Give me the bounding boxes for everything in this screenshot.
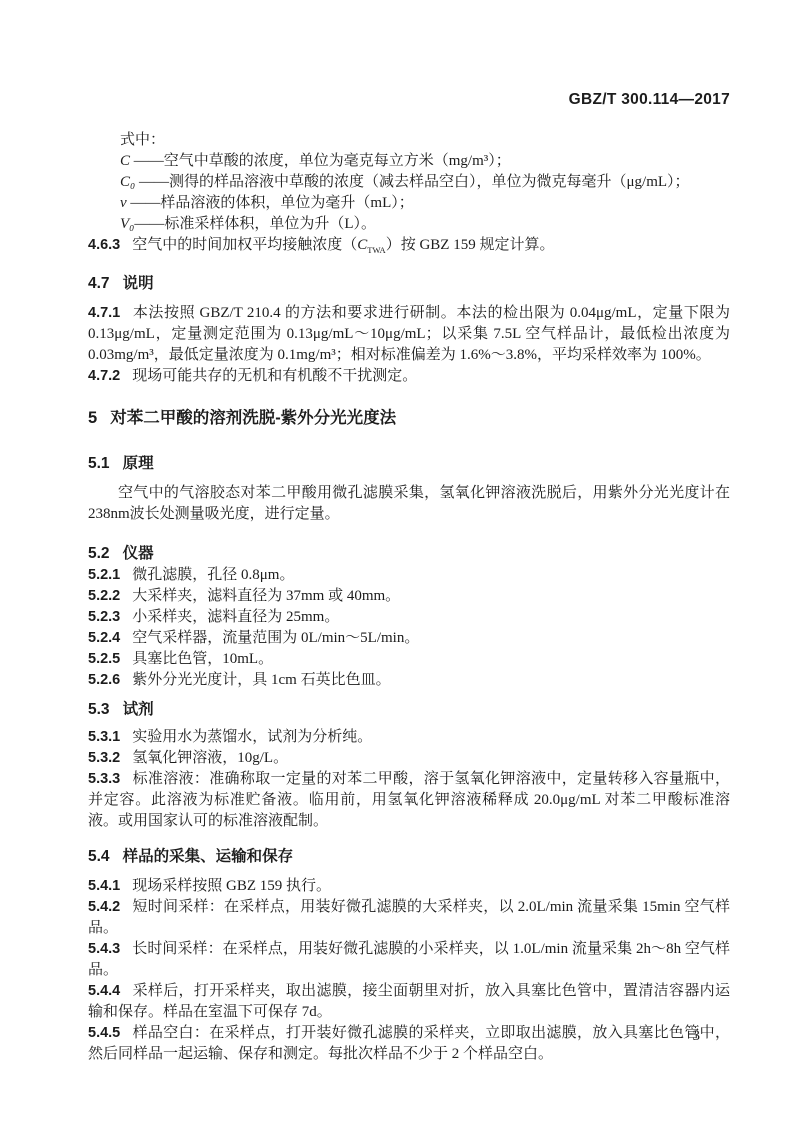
clause-text: 短时间采样：在采样点，用装好微孔滤膜的大采样夹，以 2.0L/min 流量采集 … [88, 899, 730, 936]
sampling-list: 5.4.1现场采样按照 GBZ 159 执行。 5.4.2短时间采样：在采样点，… [88, 876, 730, 1065]
standard-number: GBZ/T 300.114—2017 [569, 91, 730, 108]
formula-definition-c0: C₀ ——测得的样品溶液中草酸的浓度（减去样品空白），单位为微克每毫升（μg/m… [120, 172, 730, 193]
clause-4-6-3: 4.6.3空气中的时间加权平均接触浓度（CTWA）按 GBZ 159 规定计算。 [88, 235, 730, 261]
clause-number: 5.2.1 [88, 567, 120, 583]
heading-label: 样品的采集、运输和保存 [123, 848, 294, 865]
clause-text: 现场采样按照 GBZ 159 执行。 [132, 878, 331, 894]
clause-text: 紫外分光光度计，具 1cm 石英比色皿。 [132, 672, 390, 688]
clause-number: 5.2.4 [88, 630, 120, 646]
clause-5-4-2: 5.4.2短时间采样：在采样点，用装好微孔滤膜的大采样夹，以 2.0L/min … [88, 897, 730, 939]
clause-number: 5.2.6 [88, 672, 120, 688]
formula-definition-v: v ——样品溶液的体积，单位为毫升（mL）； [120, 193, 730, 214]
clause-number: 5.4.3 [88, 941, 120, 957]
clause-text: 样品空白：在采样点，打开装好微孔滤膜的采样夹，立即取出滤膜，放入具塞比色管中，然… [88, 1025, 730, 1062]
definition-text: ——空气中草酸的浓度，单位为毫克每立方米（mg/m³）； [130, 153, 511, 169]
section-heading-5-3: 5.3试剂 [88, 699, 730, 721]
section-heading-5-4: 5.4样品的采集、运输和保存 [88, 846, 730, 868]
clause-number: 5.3.1 [88, 729, 120, 745]
formula-definition-c: C ——空气中草酸的浓度，单位为毫克每立方米（mg/m³）； [120, 151, 730, 172]
clause-5-3-3: 5.3.3标准溶液：准确称取一定量的对苯二甲酸，溶于氢氧化钾溶液中，定量转移入容… [88, 769, 730, 832]
clause-number: 5.3.3 [88, 771, 120, 787]
clause-5-3-1: 5.3.1实验用水为蒸馏水，试剂为分析纯。 [88, 727, 730, 748]
heading-label: 仪器 [123, 545, 154, 562]
symbol-c0: C₀ [120, 174, 135, 190]
clause-text: 采样后，打开采样夹，取出滤膜，接尘面朝里对折，放入具塞比色管中，置清洁容器内运输… [88, 983, 730, 1020]
clause-5-4-1: 5.4.1现场采样按照 GBZ 159 执行。 [88, 876, 730, 897]
definition-text: ——测得的样品溶液中草酸的浓度（减去样品空白），单位为微克每毫升（μg/mL）； [135, 174, 689, 190]
heading-number: 5.3 [88, 701, 110, 718]
clause-text: 本法按照 GBZ/T 210.4 的方法和要求进行研制。本法的检出限为 0.04… [88, 305, 730, 363]
clause-4-7-2: 4.7.2现场可能共存的无机和有机酸不干扰测定。 [88, 366, 730, 387]
heading-label: 说明 [123, 275, 154, 292]
clause-number: 5.3.2 [88, 750, 120, 766]
definition-text: ——样品溶液的体积，单位为毫升（mL）； [127, 195, 414, 211]
clause-5-4-4: 5.4.4采样后，打开采样夹，取出滤膜，接尘面朝里对折，放入具塞比色管中，置清洁… [88, 981, 730, 1023]
clause-number: 5.2.3 [88, 609, 120, 625]
symbol-v0: V₀ [120, 216, 134, 232]
symbol-c: C [120, 153, 130, 169]
reagent-list: 5.3.1实验用水为蒸馏水，试剂为分析纯。 5.3.2氢氧化钾溶液，10g/L。… [88, 727, 730, 832]
clause-text: 空气采样器，流量范围为 0L/min～5L/min。 [132, 630, 419, 646]
clause-number: 5.4.4 [88, 983, 120, 999]
symbol-ctwa-subscript: TWA [367, 245, 385, 255]
clause-text: 长时间采样：在采样点，用装好微孔滤膜的小采样夹，以 1.0L/min 流量采集 … [88, 941, 730, 978]
principle-paragraph: 空气中的气溶胶态对苯二甲酸用微孔滤膜采集，氢氧化钾溶液洗脱后，用紫外分光光度计在… [88, 483, 730, 525]
page-number: 3 [693, 1026, 701, 1047]
heading-number: 5.1 [88, 455, 110, 472]
clause-number: 5.4.5 [88, 1025, 120, 1041]
clause-text: 微孔滤膜，孔径 0.8μm。 [132, 567, 294, 583]
clause-text-post: ）按 GBZ 159 规定计算。 [386, 237, 555, 253]
clause-text: 标准溶液：准确称取一定量的对苯二甲酸，溶于氢氧化钾溶液中，定量转移入容量瓶中，并… [88, 771, 730, 829]
clause-5-4-3: 5.4.3长时间采样：在采样点，用装好微孔滤膜的小采样夹，以 1.0L/min … [88, 939, 730, 981]
clause-text-pre: 空气中的时间加权平均接触浓度（ [132, 237, 357, 253]
document-header: GBZ/T 300.114—2017 [88, 90, 730, 110]
symbol-ctwa: C [357, 237, 367, 253]
heading-label: 试剂 [123, 701, 154, 718]
clause-text: 现场可能共存的无机和有机酸不干扰测定。 [132, 368, 417, 384]
instrument-list: 5.2.1微孔滤膜，孔径 0.8μm。 5.2.2大采样夹，滤料直径为 37mm… [88, 565, 730, 691]
heading-number: 4.7 [88, 275, 110, 292]
clause-number: 4.7.2 [88, 368, 120, 384]
clause-text: 大采样夹，滤料直径为 37mm 或 40mm。 [132, 588, 400, 604]
clause-5-2-5: 5.2.5具塞比色管，10mL。 [88, 649, 730, 670]
clause-number: 5.2.5 [88, 651, 120, 667]
clause-5-2-2: 5.2.2大采样夹，滤料直径为 37mm 或 40mm。 [88, 586, 730, 607]
heading-label: 原理 [123, 455, 154, 472]
section-heading-4-7: 4.7说明 [88, 273, 730, 295]
clause-number: 5.4.2 [88, 899, 120, 915]
clause-number: 4.7.1 [88, 305, 120, 321]
heading-number: 5.4 [88, 848, 110, 865]
heading-number: 5.2 [88, 545, 110, 562]
formula-definitions: C ——空气中草酸的浓度，单位为毫克每立方米（mg/m³）； C₀ ——测得的样… [88, 151, 730, 235]
heading-number: 5 [88, 409, 97, 427]
formula-definition-v0: V₀——标准采样体积，单位为升（L）。 [120, 214, 730, 235]
section-heading-5: 5对苯二甲酸的溶剂洗脱-紫外分光光度法 [88, 407, 730, 429]
clause-number: 4.6.3 [88, 237, 120, 253]
section-heading-5-2: 5.2仪器 [88, 543, 730, 565]
clause-5-3-2: 5.3.2氢氧化钾溶液，10g/L。 [88, 748, 730, 769]
formula-intro: 式中： [120, 130, 730, 151]
clause-text: 实验用水为蒸馏水，试剂为分析纯。 [132, 729, 372, 745]
clause-text: 小采样夹，滤料直径为 25mm。 [132, 609, 339, 625]
clause-number: 5.4.1 [88, 878, 120, 894]
clause-5-4-5: 5.4.5样品空白：在采样点，打开装好微孔滤膜的采样夹，立即取出滤膜，放入具塞比… [88, 1023, 730, 1065]
clause-5-2-1: 5.2.1微孔滤膜，孔径 0.8μm。 [88, 565, 730, 586]
document-page: GBZ/T 300.114—2017 式中： C ——空气中草酸的浓度，单位为毫… [0, 0, 793, 1122]
clause-number: 5.2.2 [88, 588, 120, 604]
clause-text: 氢氧化钾溶液，10g/L。 [132, 750, 288, 766]
symbol-v: v [120, 195, 127, 211]
clause-5-2-3: 5.2.3小采样夹，滤料直径为 25mm。 [88, 607, 730, 628]
clause-5-2-6: 5.2.6紫外分光光度计，具 1cm 石英比色皿。 [88, 670, 730, 691]
heading-label: 对苯二甲酸的溶剂洗脱-紫外分光光度法 [110, 409, 396, 427]
clause-5-2-4: 5.2.4空气采样器，流量范围为 0L/min～5L/min。 [88, 628, 730, 649]
definition-text: ——标准采样体积，单位为升（L）。 [134, 216, 376, 232]
clause-4-7-1: 4.7.1本法按照 GBZ/T 210.4 的方法和要求进行研制。本法的检出限为… [88, 303, 730, 366]
section-heading-5-1: 5.1原理 [88, 453, 730, 475]
clause-text: 具塞比色管，10mL。 [132, 651, 273, 667]
